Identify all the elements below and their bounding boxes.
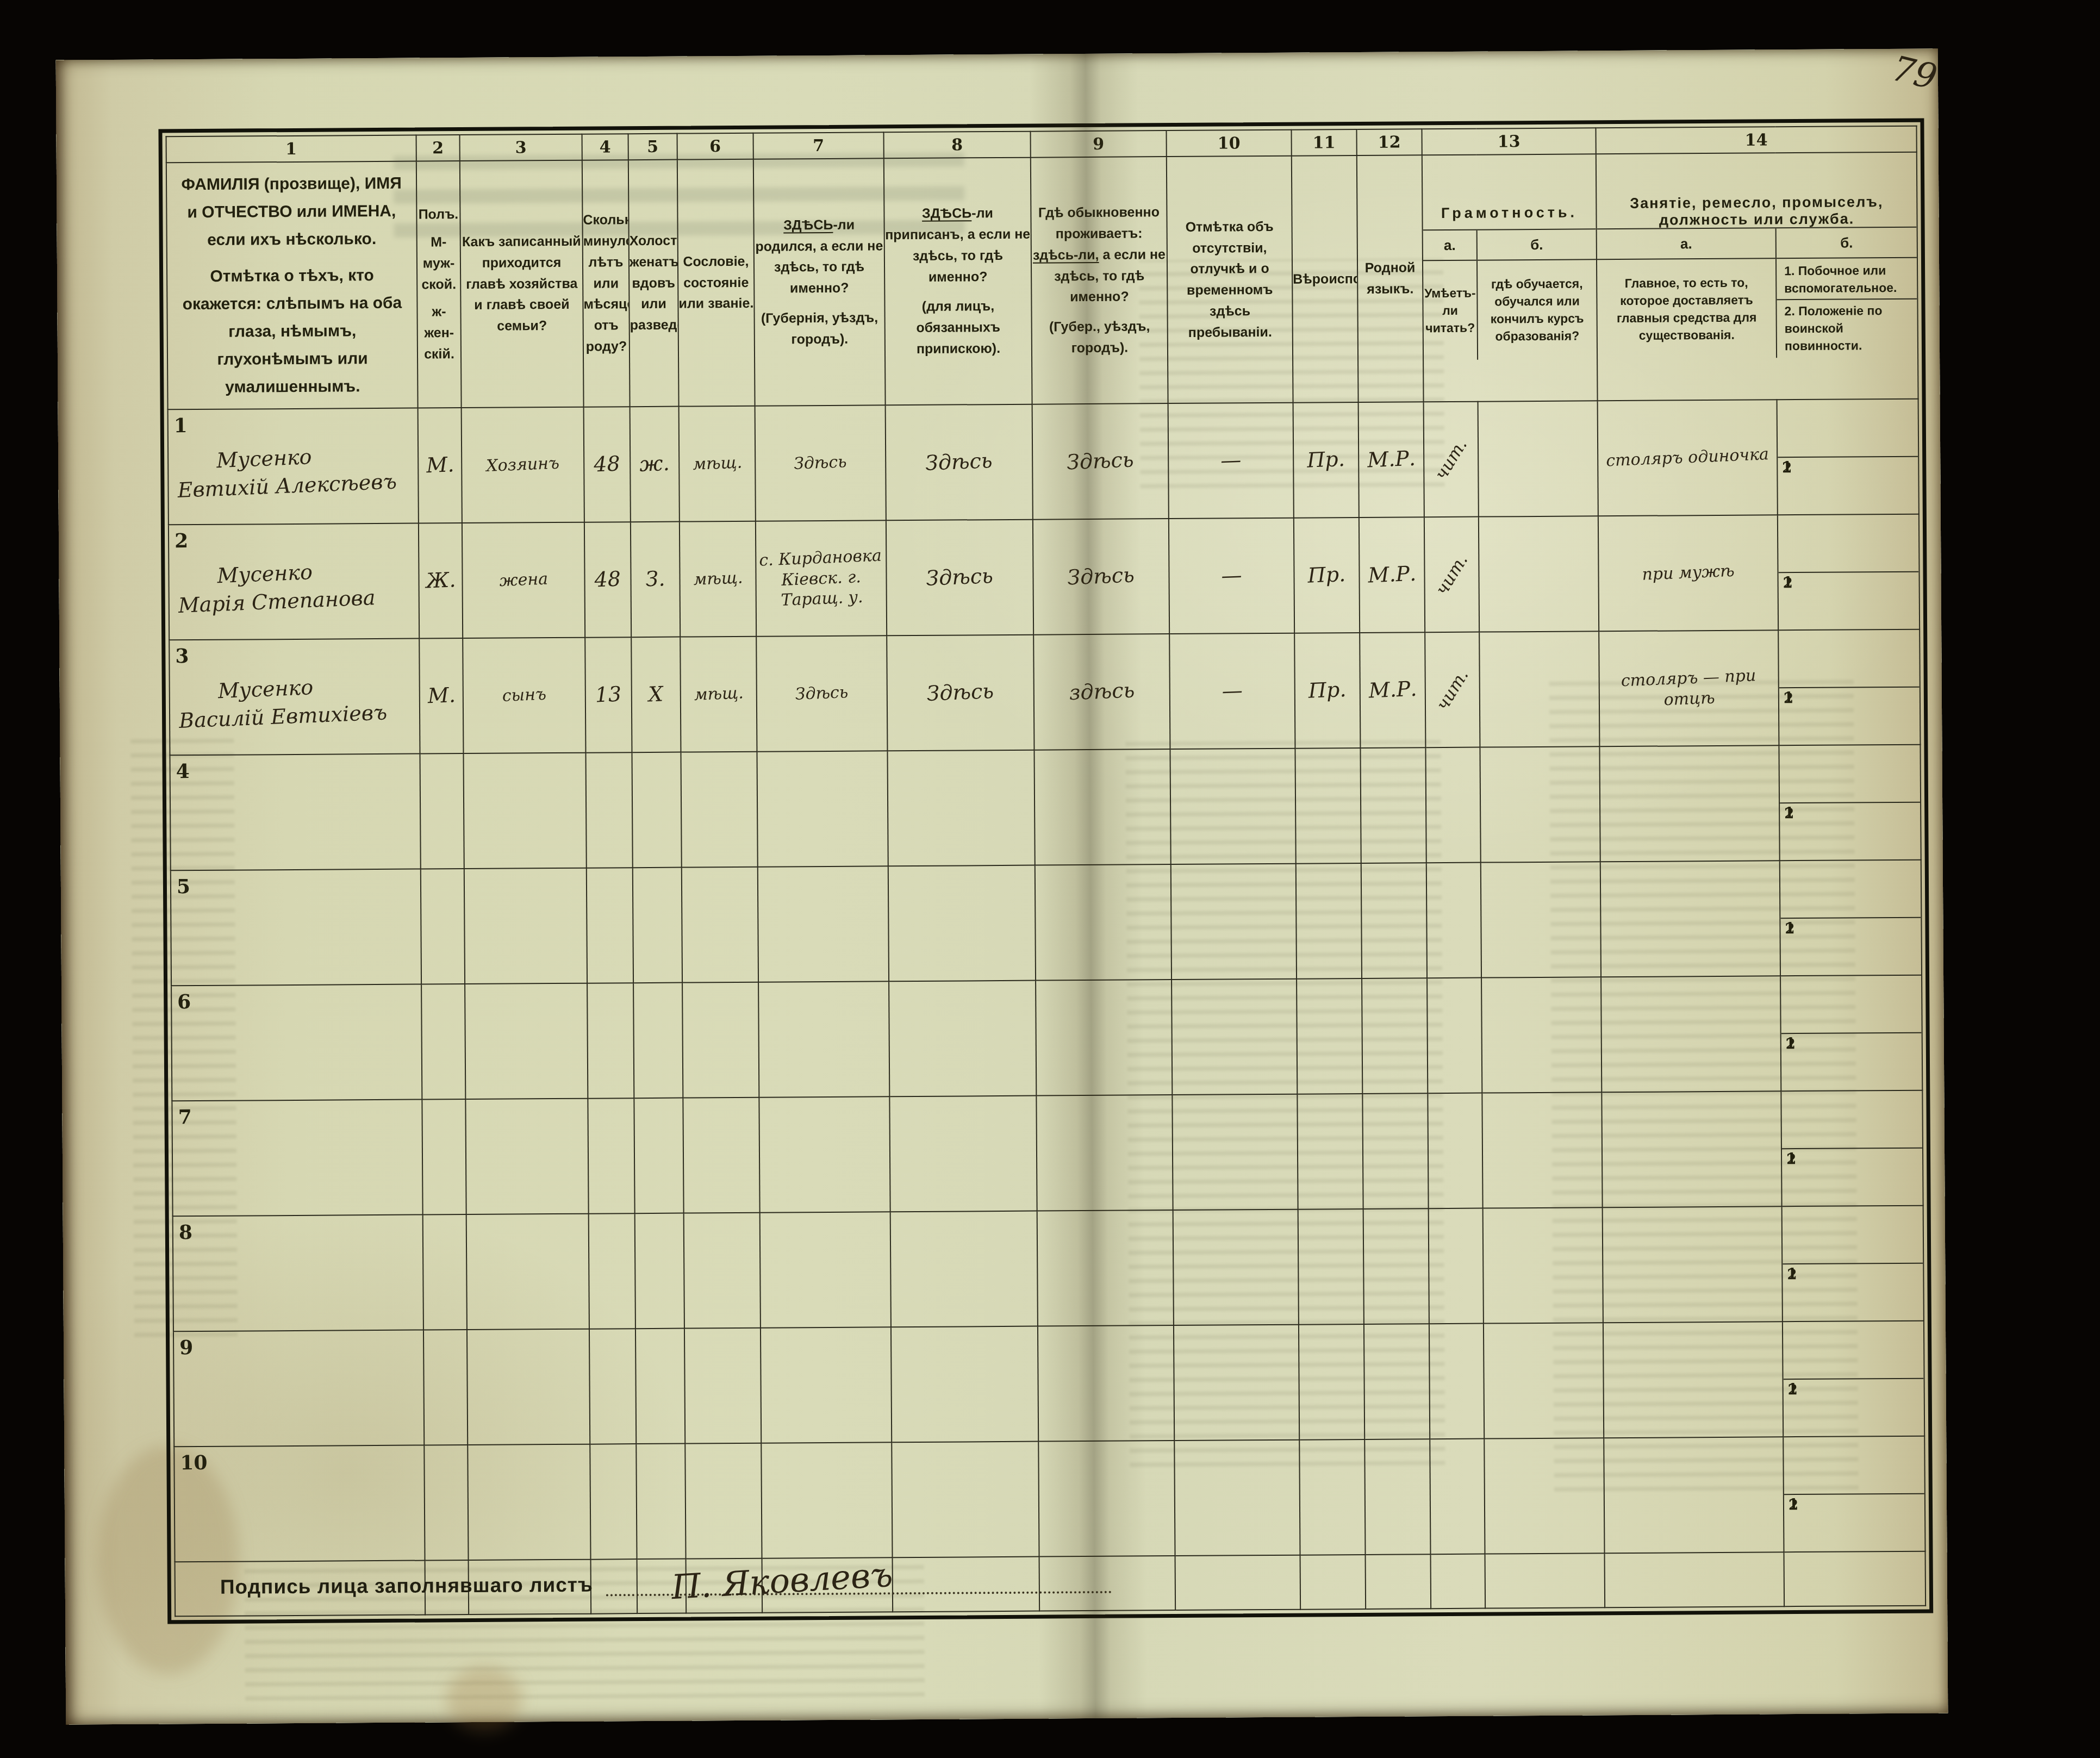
cell-relation-handwriting: Хозяинъ [486,453,560,477]
cell-registration: Здѣсь [886,520,1033,636]
cell-language [1364,1324,1430,1439]
cell-age-handwriting: 48 [594,451,621,478]
cell-literacy-a [1430,1439,1485,1555]
cell-age-handwriting: 48 [594,566,621,593]
cell-occupation-a-handwriting: при мужѣ [1642,561,1735,585]
header-birthplace-note: (Губернія, уѣздъ, городъ). [755,307,884,350]
cell-registration [889,1096,1037,1212]
cell-absence: — [1168,403,1294,519]
cell-estate-handwriting: мѣщ. [694,683,744,706]
header-literacy-group: Грамотность. а. б. Умѣетъ-ли читать? гдѣ… [1422,154,1598,402]
cell-occupation-a [1600,861,1780,977]
surname-handwriting [220,928,421,936]
header-occupation-b2-text: 2. Положеніе по воинской повинности. [1777,300,1917,357]
cell-birthplace: Здѣсь [756,635,887,751]
header-residence-note: (Губер., уѣздъ, городъ). [1032,316,1167,359]
row-number: 3 [175,645,189,668]
cell-religion: Пр. [1294,518,1360,633]
cell-sex [424,1445,468,1560]
cell-absence-handwriting: — [1221,563,1243,589]
cell-marital [633,983,683,1099]
subrow-label-2: 2 [1786,1151,1796,1168]
cell-marital-handwriting: ж. [639,451,670,478]
cell-language [1360,747,1426,863]
cell-religion [1297,1094,1363,1210]
cell-sex [421,984,465,1099]
cell-religion [1298,1209,1364,1325]
cell-literacy-b [1485,1553,1605,1608]
cell-registration-handwriting: Здѣсь [926,563,994,592]
cell-registration [890,1211,1038,1327]
surname-handwriting [220,1043,421,1051]
cell-residence-handwriting: здѣсь [1069,678,1135,706]
cell-marital [636,1444,686,1560]
cell-literacy-a [1429,1208,1484,1324]
occupation-b1-subcell: 1 [1780,917,1921,919]
cell-occupation-b: 1 2 [1780,975,1922,1092]
cell-age [588,1098,634,1214]
row-number: 8 [179,1221,192,1244]
header-name-text: ФАМИЛІЯ (прозвище), ИМЯ и ОТЧЕСТВО или И… [181,174,401,249]
cell-residence [1038,1325,1174,1442]
cell-relation-handwriting: сынъ [502,684,546,707]
given-name-handwriting: Марія Степанова [178,583,419,619]
cell-occupation-a: при мужѣ [1598,515,1778,631]
header-marital-column: Холостъ, женатъ, вдовъ или разведенъ. [628,160,679,407]
cell-residence [1035,864,1171,981]
cell-relation [466,1214,589,1330]
cell-absence [1174,1440,1300,1556]
cell-registration: Здѣсь [887,635,1034,751]
cell-residence [1038,1441,1175,1557]
cell-language [1363,1208,1429,1324]
cell-absence [1172,1094,1298,1210]
subrow-label-2: 2 [1789,1497,1798,1513]
cell-relation-handwriting: жена [499,569,549,591]
cell-religion-handwriting: Пр. [1308,677,1347,704]
cell-birthplace [760,1212,891,1327]
header-sex-column: Полъ. М-муж-ской. ж-жен-скій. [416,161,462,408]
cell-residence [1034,749,1170,865]
cell-literacy-a-handwriting: чит. [1430,435,1472,484]
occupation-b1-subcell: 1 [1782,1148,1922,1150]
cell-age [589,1329,636,1444]
cell-relation [465,1099,588,1214]
header-literacy-b-text: гдѣ обучается, обучался или кончилъ курс… [1478,260,1597,359]
cell-marital: Х [631,637,681,753]
header-registration-note: (для лицъ, обязанныхъ припискою). [885,296,1031,360]
cell-literacy-b [1481,862,1601,977]
cell-literacy-b [1484,1438,1604,1554]
cell-literacy-b [1483,1207,1603,1323]
cell-residence: Здѣсь [1032,403,1169,520]
cell-literacy-a-handwriting: чит. [1432,665,1474,714]
cell-birthplace [757,751,888,866]
cell-birthplace [759,1096,890,1212]
cell-literacy-a: чит. [1424,517,1479,633]
cell-marital [632,752,681,868]
col-num-5: 5 [628,134,677,160]
header-registration-em: ЗДѢСЬ [922,206,971,222]
cell-estate [684,1213,761,1329]
cell-language [1361,863,1427,978]
given-name-handwriting: Василій Евтихіевъ [178,699,420,734]
cell-absence [1170,749,1295,864]
cell-language: М.Р. [1359,402,1424,518]
cell-birthplace-handwriting: Здѣсь [795,682,849,705]
cell-birthplace [761,1327,892,1443]
cell-language: М.Р. [1359,517,1425,633]
cell-birthplace-handwriting: с. Кирдановка Кіевск. г. Таращ. у. [756,545,887,612]
header-estate-column: Сословіе, состояніе или званіе. [677,159,755,407]
subrow-label-2: 2 [1785,921,1794,937]
col-num-14: 14 [1596,126,1916,154]
cell-relation: Хозяинъ [462,407,584,523]
subrow-label-2: 2 [1784,690,1793,707]
cell-literacy-a-handwriting: чит. [1431,550,1473,599]
cell-relation: жена [462,522,585,638]
header-literacy-a-label: а. [1423,230,1478,260]
cell-literacy-b [1482,1092,1602,1208]
given-name-handwriting [184,1504,424,1513]
header-occupation-title: Занятіе, ремесло, промыселъ, должность и… [1597,194,1916,230]
cell-literacy-a [1425,747,1480,863]
row-number: 4 [176,760,190,783]
cell-occupation-b: 1 2 [1780,860,1922,976]
table-row: 5 1 2 [171,860,1922,986]
cell-marital [635,1329,685,1444]
cell-marital: ж. [630,407,680,522]
header-occupation-b1-text: 1. Побочное или вспомогательное. [1777,259,1917,300]
col-num-10: 10 [1167,130,1292,157]
occupation-b1-subcell: 1 [1780,802,1920,804]
row-number: 5 [177,875,190,898]
cell-name: 9 [173,1330,424,1447]
cell-birthplace [761,1442,892,1558]
cell-registration [892,1442,1039,1558]
given-name-handwriting [181,1043,421,1052]
cell-estate [681,752,757,868]
subrow-label-2: 2 [1783,575,1793,591]
cell-estate [682,867,758,983]
header-literacy-title: Грамотность. [1423,196,1596,230]
cell-religion [1295,748,1361,864]
cell-estate: мѣщ. [680,637,757,752]
cell-residence: здѣсь [1033,634,1170,750]
cell-estate [685,1443,762,1559]
cell-sex: Ж. [419,523,463,638]
scan-background: { "page": { "number": "79" }, "colors": … [0,0,2100,1758]
surname-handwriting [222,1389,423,1397]
cell-absence-handwriting: — [1222,678,1243,705]
header-sex-title: Полъ. [417,204,459,225]
col-num-1: 1 [166,135,416,163]
table-row: 4 1 2 [170,745,1921,871]
census-form-frame: 1 2 3 4 5 6 7 8 9 10 11 12 13 14 [158,119,1933,1624]
cell-marital [633,868,682,983]
header-occupation-b-texts: 1. Побочное или вспомогательное. 2. Поло… [1777,258,1917,358]
cell-literacy-a [1431,1554,1486,1609]
table-row: 7 1 2 [172,1090,1923,1217]
cell-estate [684,1328,761,1444]
surname-handwriting: Мусенко [216,440,418,474]
occupation-b1-subcell: 1 [1778,456,1918,458]
row-number: 9 [179,1336,193,1359]
header-occupation-group: Занятіе, ремесло, промыселъ, должность и… [1596,152,1918,401]
col-num-3: 3 [460,134,582,161]
occupation-b1-subcell: 1 [1778,571,1918,573]
cell-literacy-b [1478,401,1598,516]
cell-birthplace [758,866,889,982]
scanned-sheet: 79 1 2 3 4 5 6 7 8 9 [56,48,1948,1724]
surname-handwriting [219,813,420,821]
cell-religion [1297,978,1362,1094]
cell-name: 3 Мусенко Василій Евтихіевъ [169,639,420,756]
col-num-9: 9 [1031,130,1167,158]
table-row: 9 1 2 [173,1321,1924,1447]
cell-religion [1299,1439,1365,1555]
surname-handwriting [221,1158,422,1167]
cell-literacy-b [1480,746,1600,862]
cell-relation: сынъ [463,638,585,753]
cell-marital-handwriting: З. [645,566,666,593]
cell-occupation-a [1603,1206,1783,1323]
cell-language [1362,978,1428,1094]
cell-marital: З. [631,522,680,638]
cell-language: М.Р. [1360,632,1425,748]
cell-religion [1300,1555,1366,1610]
cell-name: 10 [174,1445,425,1562]
given-name-handwriting [182,1158,422,1168]
cell-absence [1171,979,1297,1095]
cell-name: 4 [170,754,420,871]
cell-absence [1173,1210,1299,1325]
cell-occupation-a [1603,1321,1783,1438]
header-registration-column: ЗДѢСЬ-ли приписанъ, а если не здѣсь, то … [884,158,1032,406]
subrow-label-2: 2 [1786,1036,1796,1052]
subrow-label-2: 2 [1782,460,1792,476]
cell-sex [423,1214,467,1330]
col-num-8: 8 [884,132,1031,159]
cell-religion [1299,1324,1364,1440]
cell-literacy-a: чит. [1425,632,1480,748]
header-age-column: Сколько минуло лѣтъ или мѣсяцевъ отъ род… [582,160,630,407]
cell-sex: М. [419,638,463,753]
cell-estate [683,1098,759,1213]
cell-registration [889,981,1036,1097]
cell-age-handwriting: 13 [595,682,622,708]
surname-handwriting [222,1274,423,1282]
given-name-handwriting [183,1388,423,1398]
cell-religion: Пр. [1294,633,1360,749]
col-num-2: 2 [416,135,460,161]
cell-literacy-b [1481,977,1602,1093]
header-religion-column: Вѣроисповѣданіе. [1292,155,1359,403]
cell-occupation-a [1599,745,1779,862]
header-literacy-b-label: б. [1478,229,1596,259]
cell-relation [464,868,587,984]
col-num-13: 13 [1422,128,1596,155]
cell-estate [682,982,759,1098]
cell-age [585,752,632,868]
subrow-label-2: 2 [1788,1382,1798,1398]
cell-literacy-a [1428,1093,1482,1209]
table-row: 6 1 2 [171,975,1922,1101]
cell-occupation-a: столяръ одиночка [1598,400,1778,516]
table-row: 10 1 2 [174,1436,1925,1562]
cell-name: 2 Мусенко Марія Степанова [169,523,419,640]
cell-estate-handwriting: мѣщ. [692,453,742,475]
cell-age: 13 [585,637,632,753]
column-headers-row: ФАМИЛІЯ (прозвище), ИМЯ и ОТЧЕСТВО или И… [166,152,1918,410]
header-birthplace-column: ЗДѢСЬ-ли родился, а если не здѣсь, то гд… [753,158,886,406]
cell-occupation-a-handwriting: столяръ — при отцѣ [1599,664,1779,712]
header-sex-male: М-муж-ской. [417,232,460,295]
census-table: 1 2 3 4 5 6 7 8 9 10 11 12 13 14 [166,126,1927,1617]
cell-birthplace: с. Кирдановка Кіевск. г. Таращ. у. [756,520,887,636]
cell-age [590,1444,637,1560]
cell-age: 48 [584,522,631,638]
cell-sex [423,1330,468,1445]
cell-estate: мѣщ. [679,406,756,522]
cell-occupation-b: 1 2 [1783,1321,1924,1437]
cell-occupation-a [1604,1437,1784,1553]
cell-religion-handwriting: Пр. [1306,446,1345,473]
given-name-handwriting [183,1273,423,1283]
cell-age: 48 [584,407,631,522]
table-row: 3 Мусенко Василій Евтихіевъ М.сынъ13Хмѣщ… [169,629,1920,756]
cell-occupation-b: 1 2 [1781,1090,1923,1207]
cell-estate: мѣщ. [680,521,756,637]
table-row: 2 Мусенко Марія Степанова Ж.жена48З.мѣщ.… [169,514,1920,640]
page-number-handwritten: 79 [1888,48,1941,98]
cell-language-handwriting: М.Р. [1367,561,1417,589]
cell-birthplace-handwriting: Здѣсь [794,452,848,474]
cell-residence-handwriting: Здѣсь [1067,447,1135,476]
cell-occupation-b: 1 2 [1778,514,1920,631]
cell-occupation-b: 1 2 [1782,1206,1924,1322]
cell-absence: — [1169,633,1295,749]
cell-religion-handwriting: Пр. [1307,562,1346,589]
cell-religion [1296,863,1362,979]
col-num-6: 6 [677,133,753,160]
cell-religion: Пр. [1293,402,1359,518]
subrow-label-2: 2 [1787,1267,1797,1283]
cell-name: 5 [171,869,421,986]
surname-handwriting: Мусенко [217,670,420,705]
cell-literacy-a: чит. [1424,402,1479,518]
subrow-label-2: 2 [1784,806,1794,822]
header-residence-column: Гдѣ обыкновенно проживаетъ: здѣсь-ли, а … [1031,157,1168,404]
header-absence-column: Отмѣтка объ отсутствіи, отлучкѣ и о врем… [1167,156,1293,403]
header-occupation-b-label: б. [1777,228,1917,258]
cell-relation [465,983,588,1099]
col-num-11: 11 [1292,129,1357,156]
occupation-b1-subcell: 1 [1784,1493,1924,1495]
cell-registration: Здѣсь [886,404,1033,521]
cell-birthplace [758,981,889,1097]
cell-sex [421,869,465,984]
cell-estate-handwriting: мѣщ. [693,568,743,590]
cell-birthplace: Здѣсь [755,405,886,521]
header-residence-em: здѣсь-ли, [1033,247,1099,263]
given-name-handwriting: Евтихій Алексѣевъ [177,468,419,504]
row-number: 1 [174,414,188,437]
cell-literacy-a [1426,863,1481,978]
row-number: 7 [178,1106,191,1129]
occupation-b1-subcell: 1 [1781,1032,1922,1034]
cell-relation [468,1444,590,1560]
cell-registration-handwriting: Здѣсь [926,678,994,707]
header-name-note: Отмѣтка о тѣхъ, кто окажется: слѣпымъ на… [179,261,406,402]
header-language-column: Родной языкъ. [1357,155,1424,402]
cell-occupation-a [1602,1091,1781,1207]
cell-relation [467,1329,590,1445]
cell-occupation-b: 1 2 [1778,629,1920,746]
cell-relation [463,753,586,869]
cell-name: 6 [171,984,422,1101]
header-relation-column: Какъ записанный приходится главѣ хозяйст… [460,160,584,408]
cell-absence [1174,1325,1299,1441]
occupation-b1-subcell: 1 [1779,687,1920,689]
col-num-12: 12 [1357,129,1422,155]
cell-occupation-b: 1 2 [1777,399,1919,515]
cell-occupation-b [1784,1551,1926,1607]
cell-literacy-a [1427,978,1482,1094]
cell-occupation-b: 1 2 [1783,1436,1925,1553]
surname-handwriting: Мусенко [217,555,419,589]
header-literacy-a-text: Умѣетъ-ли читать? [1423,261,1478,360]
cell-name: 8 [173,1215,423,1332]
cell-name: 1 Мусенко Евтихій Алексѣевъ [168,408,419,525]
table-row: 8 1 2 [173,1206,1924,1332]
header-name-column: ФАМИЛІЯ (прозвище), ИМЯ и ОТЧЕСТВО или И… [166,161,418,410]
cell-residence [1036,1095,1173,1211]
occupation-b1-subcell: 1 [1784,1378,1924,1380]
cell-name: 7 [172,1100,422,1217]
cell-sex-handwriting: М. [427,683,456,710]
cell-language [1362,1093,1428,1209]
cell-occupation-a-handwriting: столяръ одиночка [1606,444,1769,471]
header-occupation-a-text: Главное, то есть то, которое доставляетъ… [1597,259,1777,359]
cell-absence [1171,864,1297,980]
cell-sex [420,753,464,869]
cell-residence-handwriting: Здѣсь [1067,563,1135,591]
table-body: 1 Мусенко Евтихій Алексѣевъ М.Хозяинъ48ж… [168,399,1926,1617]
header-occupation-a-label: а. [1597,228,1777,259]
occupation-b1-subcell: 1 [1783,1263,1923,1265]
paper-stain [446,1666,523,1732]
surname-handwriting [223,1504,424,1512]
cell-language-handwriting: М.Р. [1368,676,1418,704]
given-name-handwriting [180,927,421,937]
cell-language [1366,1554,1431,1609]
table-row: 1 Мусенко Евтихій Алексѣевъ М.Хозяинъ48ж… [168,399,1919,525]
cell-registration [891,1326,1038,1443]
cell-sex [422,1099,466,1214]
col-num-7: 7 [753,132,884,159]
cell-sex-handwriting: Ж. [425,567,456,594]
cell-residence [1036,980,1172,1096]
cell-age [587,868,633,983]
cell-language-handwriting: М.Р. [1367,446,1416,473]
cell-absence-handwriting: — [1220,447,1242,474]
given-name-handwriting [179,812,420,822]
row-number: 2 [175,529,188,552]
cell-language [1364,1439,1430,1555]
cell-marital-handwriting: Х [648,682,664,708]
row-number: 6 [177,990,191,1013]
